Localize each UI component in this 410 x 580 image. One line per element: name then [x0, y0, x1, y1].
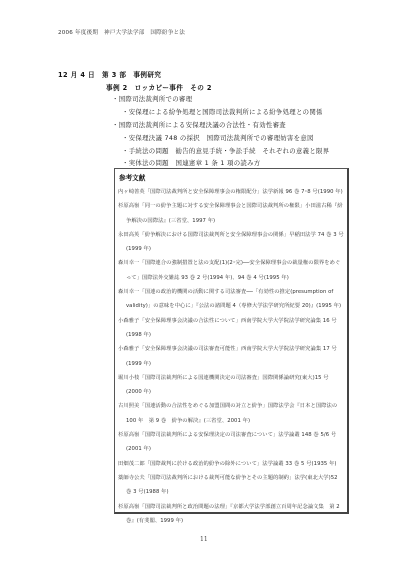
references-title: 参考文献 — [119, 172, 344, 182]
reference-item: 森川幸一「国際連合の強制措置と法の支配(1)(2･完)──安全保障理事会の裁量権… — [118, 256, 344, 285]
outline-item: ・安保理による紛争処理と国際司法裁判所による紛争処理との関係 — [122, 107, 323, 116]
reference-item: 堀川小枝「国際司法裁判所による国連機関決定の司法審査」国際関係論研究(東大)15… — [118, 371, 344, 400]
reference-item: 内ヶ崎善英「国際司法裁判所と安全保障理事会の権限配分」法学新報 96 巻 7･8… — [118, 185, 344, 199]
reference-item: 田畑茂二郎「国際裁判に於ける政治的紛争の除外について」法学論叢 33 巻 5 号… — [118, 457, 344, 471]
reference-item: 小森雅子「安全保障理事会決議の司法審査可能性」西南学院大学大学院法学研究論集 1… — [118, 342, 344, 371]
outline-item: ・手続法の問題 勧告的意見手続・争訟手続 それぞれの意義と限界 — [122, 146, 329, 155]
outline-item: ・安保理決議 748 の採択 国際司法裁判所での審理妨害を意図 — [122, 133, 314, 142]
reference-item: 杉原高嶺「国際司法裁判所による安保理決定の司法審査について」法学論叢 148 巻… — [118, 428, 344, 457]
reference-item: 杉原高嶺「同一の紛争主題に対する安全保障理事会と国際司法裁判所の権限」小田滋古稀… — [118, 199, 344, 228]
page-number: 11 — [200, 536, 208, 543]
reference-item: 小森雅子「安全保障理事会決議の合法性について」西南学院大学大学院法学研究論集 1… — [118, 314, 344, 343]
reference-item: 古川照美「国連活動の合法性をめぐる加盟国間の対立と紛争」国際法学会『日本と国際法… — [118, 399, 344, 428]
reference-item: 杉原高嶺「国際司法裁判所と政治問題の法理」『京都大学法学部創立百周年記念論文集 … — [118, 500, 344, 529]
reference-item: 森川幸一「国連の政治的機関の活動に関する司法審査──「有効性の推定(presum… — [118, 285, 344, 314]
references-box: 参考文献 内ヶ崎善英「国際司法裁判所と安全保障理事会の権限配分」法学新報 96 … — [114, 168, 349, 514]
reference-item: 薬師寺公夫「国際司法裁判所における裁判可能な紛争とその主題的制約」法学(東北大学… — [118, 471, 344, 500]
outline-item: ・国際司法裁判所による安保理決議の合法性・有効性審査 — [112, 120, 286, 129]
case-title: 事例 2 ロッカビー事件 その 2 — [106, 82, 212, 92]
section-title: 12 月 4 日 第 3 部 事例研究 — [58, 69, 161, 79]
reference-item: 永田高英「紛争解決における国際司法裁判所と安全保障理事会の関係」早稲田法学 74… — [118, 228, 344, 257]
outline-item: ・実体法の問題 国連憲章 1 条 1 項の読み方 — [122, 158, 261, 167]
outline-item: ・国際司法裁判所での審理 — [112, 94, 192, 103]
document-header: 2006 年度後期 神戸大学法学部 国際紛争と法 — [58, 28, 185, 36]
